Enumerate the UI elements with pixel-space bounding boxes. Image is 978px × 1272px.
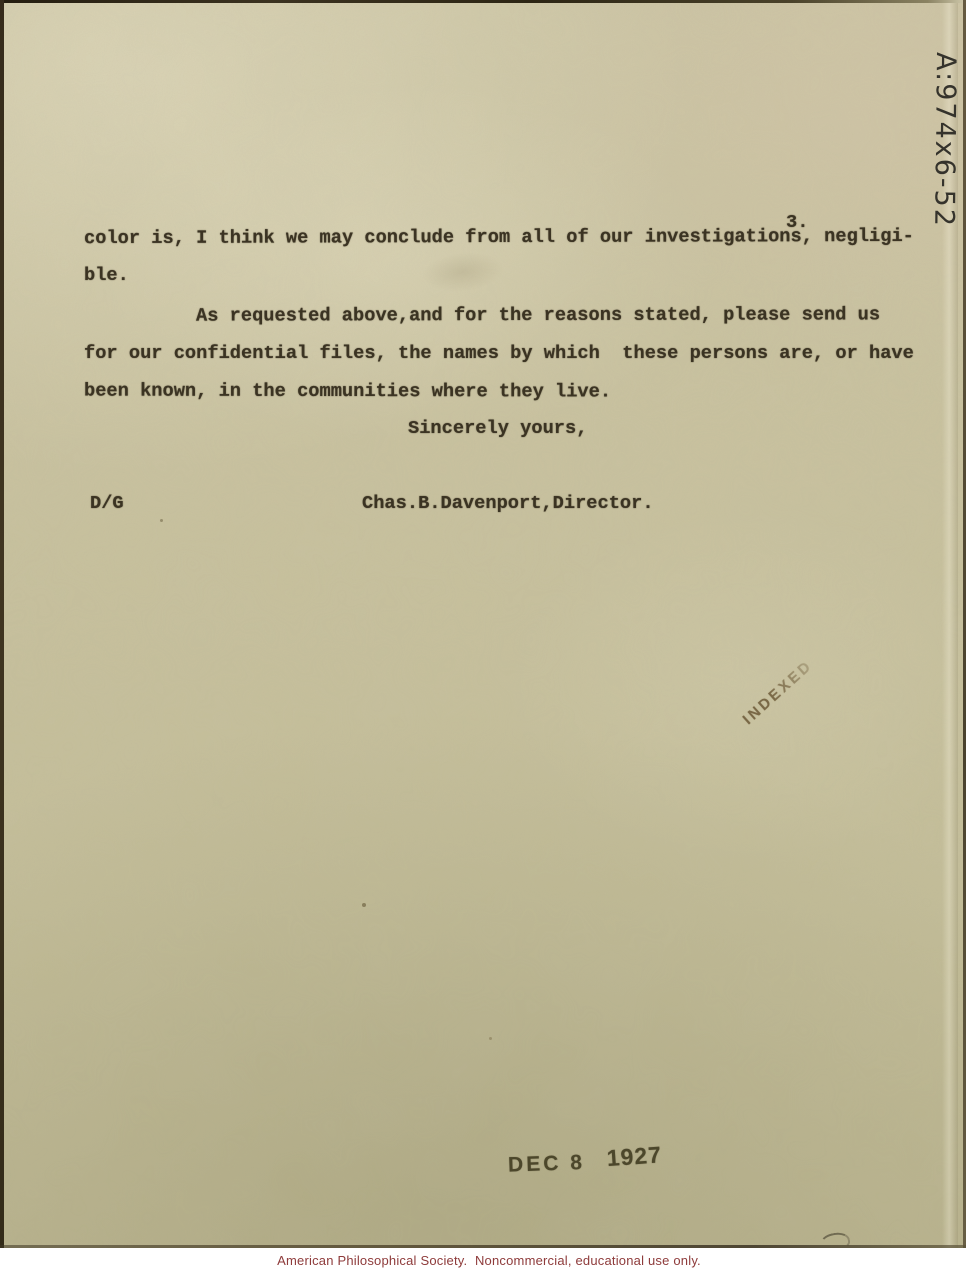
paper-speck xyxy=(160,519,163,522)
date-stamp-month-day: DEC 8 xyxy=(508,1151,586,1177)
letter-line: As requested above,and for the reasons s… xyxy=(196,304,880,326)
paper-grain-texture xyxy=(0,0,966,1248)
paper-speck xyxy=(362,903,366,907)
scan-edge-top xyxy=(0,0,966,3)
letter-paper: 3. color is, I think we may conclude fro… xyxy=(0,0,966,1248)
letter-line: been known, in the communities where the… xyxy=(84,381,611,402)
footer-strip: American Philosophical Society. Noncomme… xyxy=(0,1248,978,1272)
date-received-stamp: DEC 81927 xyxy=(508,1145,663,1177)
date-stamp-year: 1927 xyxy=(606,1141,663,1172)
scan-edge-left xyxy=(0,0,4,1248)
signature-line: Chas.B.Davenport,Director. xyxy=(362,493,654,514)
archive-id-annotation: A:974x6-52 xyxy=(911,52,961,252)
closing-line: Sincerely yours, xyxy=(408,418,587,439)
typist-initials: D/G xyxy=(90,493,124,514)
letter-line: for our confidential files, the names by… xyxy=(84,343,914,364)
indexed-stamp: INDEXED xyxy=(740,657,817,728)
footer-caption: American Philosophical Society. Noncomme… xyxy=(277,1253,701,1268)
letter-line: color is, I think we may conclude from a… xyxy=(84,226,914,249)
letter-line: ble. xyxy=(84,265,129,286)
ink-smudge xyxy=(406,240,521,303)
scan-margin-right xyxy=(966,0,978,1272)
paper-speck xyxy=(489,1037,492,1040)
scanned-letter-page: 3. color is, I think we may conclude fro… xyxy=(0,0,978,1272)
